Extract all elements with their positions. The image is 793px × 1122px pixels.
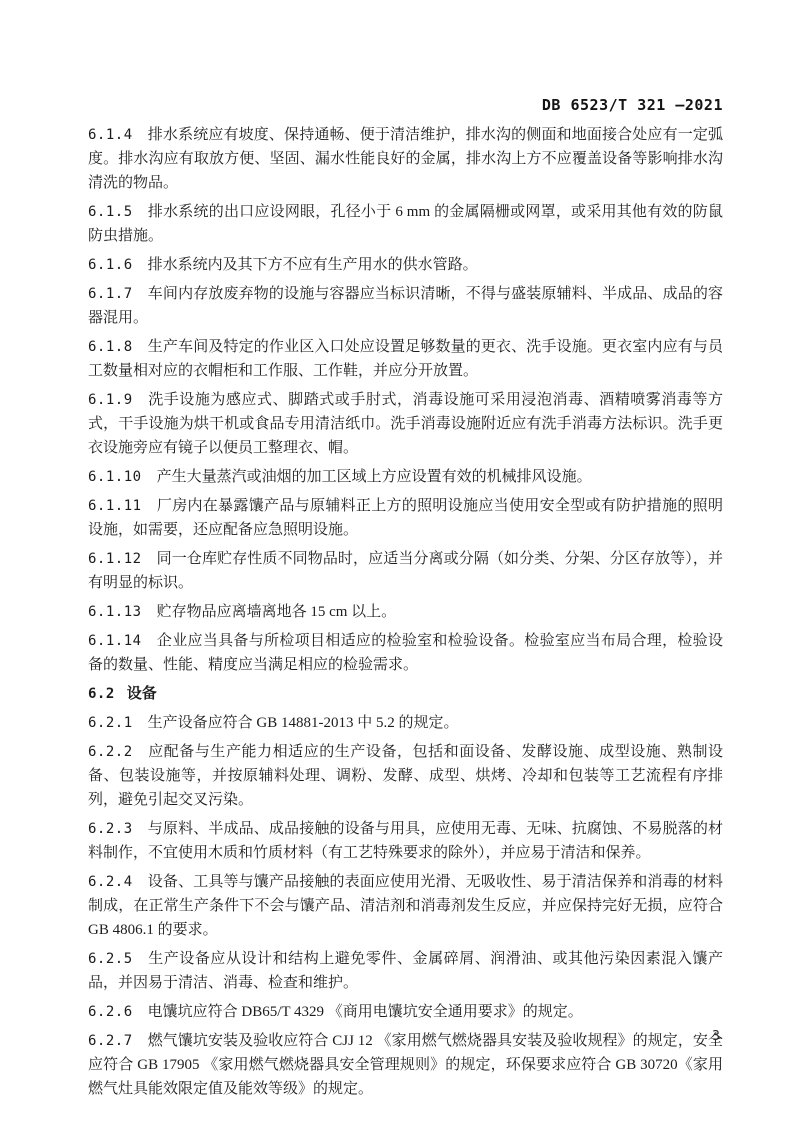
clause-text: 车间内存放废弃物的设施与容器应当标识清晰，不得与盛装原辅料、半成品、成品的容器混…	[88, 286, 723, 326]
clause-number: 6.1.7	[88, 286, 133, 302]
clause-paragraph: 6.1.13贮存物品应离墙离地各 15 cm 以上。	[88, 600, 723, 624]
clause-text: 设备	[127, 685, 157, 702]
standard-code-header: DB 6523/T 321 —2021	[88, 96, 723, 114]
clause-paragraph: 6.1.7车间内存放废弃物的设施与容器应当标识清晰，不得与盛装原辅料、半成品、成…	[88, 282, 723, 330]
clause-paragraph: 6.1.5排水系统的出口应设网眼，孔径小于 6 mm 的金属隔栅或网罩，或采用其…	[88, 200, 723, 248]
clause-text: 排水系统的出口应设网眼，孔径小于 6 mm 的金属隔栅或网罩，或采用其他有效的防…	[88, 204, 723, 244]
clause-text: 生产设备应符合 GB 14881-2013 中 5.2 的规定。	[148, 715, 459, 731]
clause-text: 生产车间及特定的作业区入口处应设置足够数量的更衣、洗手设施。更衣室内应有与员工数…	[88, 339, 723, 379]
clause-paragraph: 6.1.14企业应当具备与所检项目相适应的检验室和检验设备。检验室应当布局合理，…	[88, 629, 723, 677]
clause-text: 贮存物品应离墙离地各 15 cm 以上。	[157, 604, 397, 620]
document-page: DB 6523/T 321 —2021 6.1.4排水系统应有坡度、保持通畅、便…	[0, 0, 793, 1122]
clause-paragraph: 6.2.6电馕坑应符合 DB65/T 4329 《商用电馕坑安全通用要求》的规定…	[88, 1000, 723, 1024]
clause-text: 排水系统应有坡度、保持通畅、便于清洁维护，排水沟的侧面和地面接合处应有一定弧度。…	[88, 127, 723, 191]
clause-number: 6.1.5	[88, 204, 133, 220]
clause-number: 6.1.14	[88, 633, 142, 649]
clause-number: 6.1.10	[88, 469, 142, 485]
clause-number: 6.2.2	[88, 744, 133, 760]
document-body: 6.1.4排水系统应有坡度、保持通畅、便于清洁维护，排水沟的侧面和地面接合处应有…	[88, 123, 723, 1101]
clause-number: 6.2	[88, 686, 115, 702]
page-number: 3	[712, 1029, 720, 1044]
clause-number: 6.1.9	[88, 392, 133, 408]
clause-paragraph: 6.1.12同一仓库贮存性质不同物品时，应适当分离或分隔（如分类、分架、分区存放…	[88, 547, 723, 595]
clause-paragraph: 6.1.9洗手设施为感应式、脚踏式或手肘式，消毒设施可采用浸泡消毒、酒精喷雾消毒…	[88, 388, 723, 460]
clause-paragraph: 6.2.2应配备与生产能力相适应的生产设备，包括和面设备、发酵设施、成型设施、熟…	[88, 740, 723, 812]
clause-text: 燃气馕坑安装及验收应符合 CJJ 12 《家用燃气燃烧器具安装及验收规程》的规定…	[88, 1033, 723, 1097]
clause-text: 洗手设施为感应式、脚踏式或手肘式，消毒设施可采用浸泡消毒、酒精喷雾消毒等方式，干…	[88, 392, 723, 456]
clause-text: 应配备与生产能力相适应的生产设备，包括和面设备、发酵设施、成型设施、熟制设备、包…	[88, 744, 723, 808]
clause-number: 6.2.1	[88, 715, 133, 731]
clause-number: 6.2.4	[88, 874, 133, 890]
clause-text: 企业应当具备与所检项目相适应的检验室和检验设备。检验室应当布局合理，检验设备的数…	[88, 633, 723, 673]
clause-paragraph: 6.1.6排水系统内及其下方不应有生产用水的供水管路。	[88, 253, 723, 277]
clause-text: 设备、工具等与馕产品接触的表面应使用光滑、无吸收性、易于清洁保养和消毒的材料制成…	[88, 874, 723, 938]
clause-paragraph: 6.2.3与原料、半成品、成品接触的设备与用具，应使用无毒、无味、抗腐蚀、不易脱…	[88, 817, 723, 865]
clause-number: 6.2.6	[88, 1004, 133, 1020]
clause-number: 6.2.5	[88, 951, 133, 967]
clause-text: 电馕坑应符合 DB65/T 4329 《商用电馕坑安全通用要求》的规定。	[148, 1004, 583, 1020]
clause-text: 排水系统内及其下方不应有生产用水的供水管路。	[148, 257, 478, 273]
clause-number: 6.1.11	[88, 498, 142, 514]
clause-text: 产生大量蒸汽或油烟的加工区域上方应设置有效的机械排风设施。	[157, 469, 592, 485]
clause-paragraph: 6.2.5生产设备应从设计和结构上避免零件、金属碎屑、润滑油、或其他污染因素混入…	[88, 947, 723, 995]
clause-paragraph: 6.2.7燃气馕坑安装及验收应符合 CJJ 12 《家用燃气燃烧器具安装及验收规…	[88, 1029, 723, 1101]
section-heading: 6.2设备	[88, 682, 723, 706]
clause-paragraph: 6.1.10产生大量蒸汽或油烟的加工区域上方应设置有效的机械排风设施。	[88, 465, 723, 489]
clause-paragraph: 6.1.11厂房内在暴露馕产品与原辅料正上方的照明设施应当使用安全型或有防护措施…	[88, 494, 723, 542]
clause-paragraph: 6.2.4设备、工具等与馕产品接触的表面应使用光滑、无吸收性、易于清洁保养和消毒…	[88, 870, 723, 942]
clause-paragraph: 6.1.4排水系统应有坡度、保持通畅、便于清洁维护，排水沟的侧面和地面接合处应有…	[88, 123, 723, 195]
clause-number: 6.1.12	[88, 551, 142, 567]
clause-number: 6.1.13	[88, 604, 142, 620]
clause-number: 6.1.4	[88, 127, 133, 143]
clause-paragraph: 6.1.8生产车间及特定的作业区入口处应设置足够数量的更衣、洗手设施。更衣室内应…	[88, 335, 723, 383]
clause-text: 厂房内在暴露馕产品与原辅料正上方的照明设施应当使用安全型或有防护措施的照明设施，…	[88, 498, 723, 538]
clause-text: 同一仓库贮存性质不同物品时，应适当分离或分隔（如分类、分架、分区存放等），并有明…	[88, 551, 723, 591]
clause-number: 6.2.3	[88, 821, 133, 837]
clause-text: 与原料、半成品、成品接触的设备与用具，应使用无毒、无味、抗腐蚀、不易脱落的材料制…	[88, 821, 723, 861]
clause-number: 6.1.6	[88, 257, 133, 273]
clause-text: 生产设备应从设计和结构上避免零件、金属碎屑、润滑油、或其他污染因素混入馕产品，并…	[88, 951, 723, 991]
clause-number: 6.2.7	[88, 1033, 133, 1049]
clause-number: 6.1.8	[88, 339, 133, 355]
clause-paragraph: 6.2.1生产设备应符合 GB 14881-2013 中 5.2 的规定。	[88, 711, 723, 735]
